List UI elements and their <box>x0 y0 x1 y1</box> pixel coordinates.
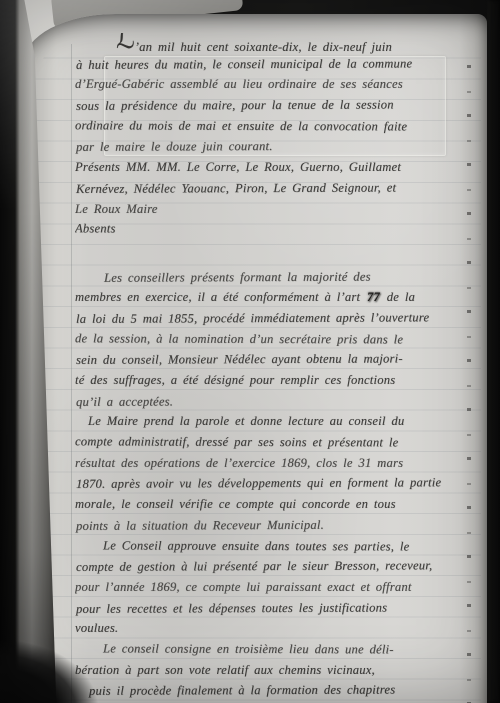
manuscript-line: Absents <box>75 218 479 240</box>
manuscript-line: sous la présidence du maire, pour la ten… <box>76 94 479 116</box>
manuscript-line: points à la situation du Receveur Munici… <box>76 514 479 536</box>
manuscript-line: morale, le conseil vérifie ce compte qui… <box>75 494 479 515</box>
manuscript-line: Kernévez, Nédélec Yaouanc, Piron, Le Gra… <box>76 177 479 199</box>
manuscript-line: qu’il a acceptées. <box>76 390 479 412</box>
manuscript-line: Les conseillers présents formant la majo… <box>76 266 479 288</box>
manuscript-line: Le Maire prend la parole et donne lectur… <box>75 411 479 432</box>
manuscript-line: 1870. après avoir vu les développements … <box>76 473 479 495</box>
flourish-capital: ℒ <box>116 33 135 51</box>
manuscript-line: résultat des opérations de l’exercice 18… <box>75 453 479 474</box>
manuscript-line: membres en exercice, il a été conforméme… <box>75 287 479 308</box>
manuscript-line: d’Ergué-Gabéric assemblé au lieu ordinai… <box>75 74 479 95</box>
manuscript-line: Présents MM. MM. Le Corre, Le Roux, Guer… <box>75 157 479 178</box>
manuscript-line: par le maire le douze juin courant. <box>76 136 479 158</box>
manuscript-line: compte administratif, dressé par ses soi… <box>75 431 479 453</box>
manuscript-line: la loi du 5 mai 1855, procédé immédiatem… <box>76 307 479 329</box>
manuscript-line: sein du conseil, Monsieur Nédélec ayant … <box>76 348 479 370</box>
book-fore-edge <box>487 0 500 703</box>
manuscript-line: ℒ’an mil huit cent soixante-dix, le dix-… <box>75 33 479 54</box>
fore-edge-specks <box>467 44 471 703</box>
manuscript-line: ordinaire du mois de mai et ensuite de l… <box>75 115 479 137</box>
manuscript-blank-line <box>75 240 479 261</box>
manuscript-line: de la session, à la nomination d’un secr… <box>75 328 479 350</box>
binding-shadow <box>0 553 210 703</box>
manuscript-line: à huit heures du matin, le conseil munic… <box>76 53 479 75</box>
book-photo: ℒ’an mil huit cent soixante-dix, le dix-… <box>0 0 500 703</box>
manuscript-line: té des suffrages, a été désigné pour rem… <box>75 370 479 391</box>
ink-blot-correction: 77 <box>366 290 381 304</box>
manuscript-line: Le Roux Maire <box>75 199 479 220</box>
